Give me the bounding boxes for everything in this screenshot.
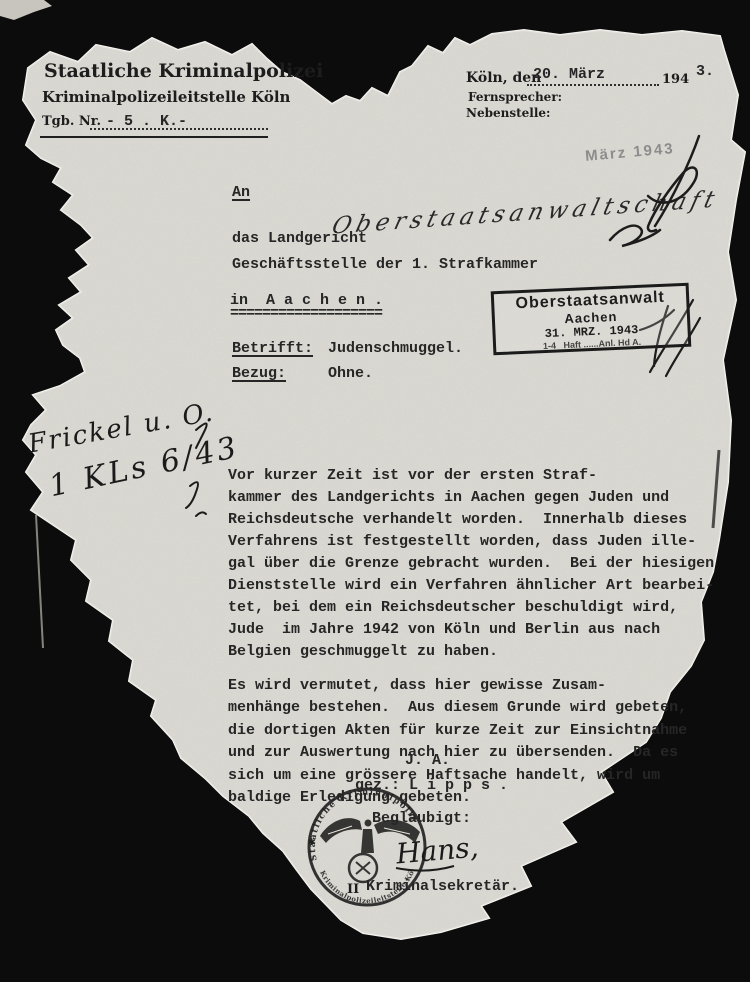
year-typed: 3.	[696, 61, 714, 83]
recipient-line2: Geschäftsstelle der 1. Strafkammer	[232, 254, 538, 276]
closing-certified: Beglaubigt:	[372, 808, 471, 830]
letterhead-rule	[40, 136, 268, 138]
extension-label: Nebenstelle:	[466, 106, 550, 120]
body-line: kammer des Landgerichts in Aachen gegen …	[228, 487, 728, 509]
diary-number-label: Tgb. Nr.	[42, 114, 101, 129]
seal-star: ✱	[308, 838, 316, 848]
agency-office: Kriminalpolizeileitstelle Köln	[42, 88, 290, 106]
aachen-receipt-stamp: Oberstaatsanwalt Aachen 31. MRZ. 1943 1-…	[491, 283, 692, 356]
page-edge-line	[36, 515, 43, 648]
recipient-underline-row: ===================	[230, 303, 382, 325]
agency-name: Staatliche Kriminalpolizei	[44, 60, 323, 82]
closing-title: Kriminalsekretär.	[366, 876, 519, 898]
reference-value: Ohne.	[328, 363, 373, 385]
date-dotted-line	[527, 84, 659, 86]
body-line: menhänge bestehen. Aus diesem Grunde wir…	[228, 697, 728, 720]
body-line: Reichsdeutsche verhandelt worden. Innerh…	[228, 509, 728, 531]
recipient-an: An	[232, 182, 250, 204]
document-scan: Staatliche Kriminalpoliz Kriminalpolizei…	[0, 0, 750, 982]
year-printed: 194	[662, 72, 689, 87]
body-line: die dortigen Akten für kurze Zeit zur Ei…	[228, 720, 728, 743]
diary-dotted-line	[90, 128, 268, 130]
subject-label: Betrifft:	[232, 338, 313, 360]
closing-ja: J. A.	[405, 750, 450, 772]
body-line: Es wird vermutet, dass hier gewisse Zusa…	[228, 675, 728, 698]
date-typed: 20. März	[533, 64, 605, 86]
body-line: und zur Auswertung nach hier zu übersend…	[228, 742, 728, 765]
closing-roman-numeral: II	[347, 882, 359, 897]
paper-wisp	[0, 0, 52, 20]
reference-label: Bezug:	[232, 363, 286, 385]
body-line: Vor kurzer Zeit ist vor der ersten Straf…	[228, 465, 728, 487]
phone-label: Fernsprecher:	[468, 90, 562, 104]
body-line: Dienststelle wird ein Verfahren ähnliche…	[228, 575, 728, 597]
closing-signed: gez.: L i p p s .	[355, 775, 508, 797]
body-line: Verfahrens ist festgestellt worden, dass…	[228, 531, 728, 553]
subject-value: Judenschmuggel.	[328, 338, 463, 360]
body-line: gal über die Grenze gebracht wurden. Bei…	[228, 553, 728, 575]
